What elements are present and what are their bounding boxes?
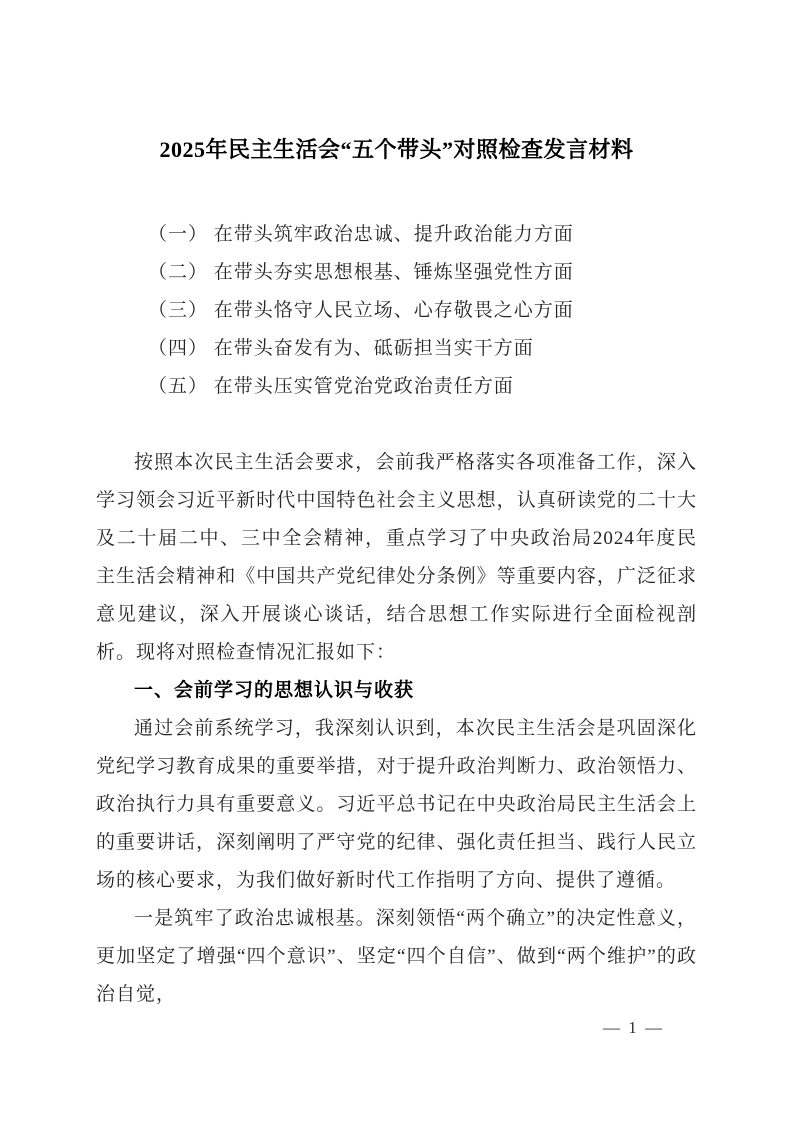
outline-item-1: （一） 在带头筑牢政治忠诚、提升政治能力方面 bbox=[96, 216, 697, 254]
document-title: 2025年民主生活会“五个带头”对照检查发言材料 bbox=[96, 130, 697, 170]
outline-item-5: （五） 在带头压实管党治党政治责任方面 bbox=[96, 368, 697, 406]
page-number: — 1 — bbox=[603, 1016, 664, 1040]
document-content: 2025年民主生活会“五个带头”对照检查发言材料 （一） 在带头筑牢政治忠诚、提… bbox=[96, 0, 697, 1014]
outline-list: （一） 在带头筑牢政治忠诚、提升政治能力方面 （二） 在带头夯实思想根基、锤炼坚… bbox=[96, 216, 697, 406]
section1-paragraph-1: 通过会前系统学习，我深刻认识到，本次民主生活会是巩固深化党纪学习教育成果的重要举… bbox=[96, 710, 697, 900]
outline-item-3: （三） 在带头恪守人民立场、心存敬畏之心方面 bbox=[96, 292, 697, 330]
outline-item-4: （四） 在带头奋发有为、砥砺担当实干方面 bbox=[96, 330, 697, 368]
outline-item-2: （二） 在带头夯实思想根基、锤炼坚强党性方面 bbox=[96, 254, 697, 292]
section1-paragraph-2: 一是筑牢了政治忠诚根基。深刻领悟“两个确立”的决定性意义，更加坚定了增强“四个意… bbox=[96, 900, 697, 1014]
section-heading-1: 一、会前学习的思想认识与收获 bbox=[96, 672, 697, 710]
intro-paragraph: 按照本次民主生活会要求，会前我严格落实各项准备工作，深入学习领会习近平新时代中国… bbox=[96, 444, 697, 672]
document-body: 按照本次民主生活会要求，会前我严格落实各项准备工作，深入学习领会习近平新时代中国… bbox=[96, 444, 697, 1014]
document-page: 2025年民主生活会“五个带头”对照检查发言材料 （一） 在带头筑牢政治忠诚、提… bbox=[0, 0, 794, 1122]
